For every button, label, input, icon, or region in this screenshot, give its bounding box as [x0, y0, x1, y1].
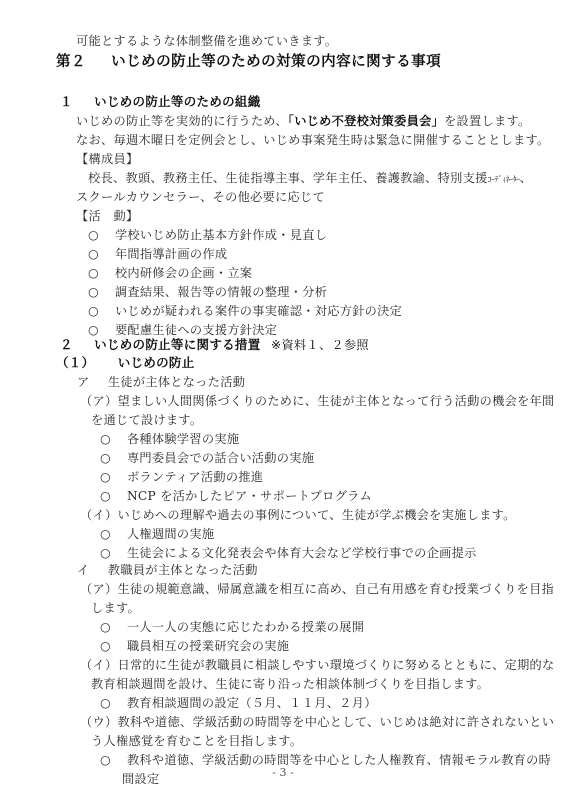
a-p1-text: 望ましい人間関係づくりのために、生徒が主体となって行う活動の機会を年間	[117, 394, 554, 408]
page-number: - 3 -	[0, 766, 566, 779]
activity-text: 要配慮生徒への支援方針決定	[115, 323, 277, 337]
a-p1-item: ○専門委員会での話合い活動の実施	[100, 450, 314, 466]
item-text: 人権週間の実施	[127, 527, 214, 541]
item-b-label: イ	[77, 563, 90, 577]
bullet-circle-icon: ○	[100, 546, 111, 560]
activity-item: ○要配慮生徒への支援方針決定	[88, 322, 277, 338]
item-text: ボランティア活動の推進	[127, 470, 263, 484]
activity-item: ○学校いじめ防止基本方針作成・見直し	[88, 227, 327, 243]
b-p1-line2: します。	[91, 600, 140, 616]
chapter-heading: 第２ いじめの防止等のための対策の内容に関する事項	[56, 54, 441, 70]
section2-number: ２	[60, 337, 73, 352]
b-p1-line1: （ア）生徒の規範意識、帰属意識を相互に高め、自己有用感を育む授業づくりを目指	[80, 581, 554, 597]
bullet-circle-icon: ○	[100, 753, 111, 767]
subsection-number: （１）	[56, 355, 94, 370]
activity-text: いじめが疑われる案件の事実確認・対応方針の決定	[115, 304, 402, 318]
section1-heading: １ いじめの防止等のための組織	[60, 94, 261, 110]
chapter-number: 第２	[56, 54, 86, 70]
item-b-heading: イ 教職員が主体となった活動	[77, 562, 258, 578]
section2-heading: ２ いじめの防止等に関する措置	[60, 337, 261, 353]
bullet-circle-icon: ○	[100, 620, 111, 634]
activity-item: ○校内研修会の企画・立案	[88, 265, 252, 281]
section2-reference: ※資料１、２参照	[271, 337, 369, 353]
a-p1-line2: を通じて設けます。	[91, 412, 202, 428]
bullet-circle-icon: ○	[88, 228, 99, 242]
b-p2-item: ○教育相談週間の設定（５月、１１月、２月）	[100, 695, 377, 711]
section1-para1: いじめの防止等を実効的に行うため、「いじめ不登校対策委員会」を設置します。	[76, 113, 531, 129]
item-text: 一人一人の実態に応じたわかる授業の展開	[127, 620, 364, 634]
activity-text: 年間指導計画の作成	[115, 247, 227, 261]
para1-text-end: を設置します。	[444, 114, 530, 128]
item-text: NCP を活かしたピア・サポートプログラム	[127, 489, 372, 503]
item-text: 専門委員会での話合い活動の実施	[127, 451, 314, 465]
activity-item: ○いじめが疑われる案件の事実確認・対応方針の決定	[88, 303, 402, 319]
section1-title: いじめの防止等のための組織	[94, 94, 260, 109]
item-text: 教科や道徳、学級活動の時間等を中心とした人権教育、情報モラル教育の時	[127, 753, 551, 767]
members-line2: スクールカウンセラー、その他必要に応じて	[76, 189, 325, 205]
bullet-circle-icon: ○	[88, 285, 99, 299]
coordinator-text: ｺｰﾃﾞｨﾈｰﾀｰ	[488, 175, 520, 184]
subsection-title: いじめの防止	[118, 355, 195, 370]
members-label: 【構成員】	[76, 151, 138, 167]
a-p1-label: （ア）	[80, 394, 117, 408]
b-p3-line1: （ウ）教科や道徳、学級活動の時間等を中心として、いじめは絶対に許されないとい	[80, 714, 554, 730]
b-p2-line1: （イ）日常的に生徒が教職員に相談しやすい環境づくりに努めるとともに、定期的な	[80, 657, 555, 673]
b-p3-line2: う人権感覚を育むことを目指します。	[91, 733, 302, 749]
b-p2-text: 日常的に生徒が教職員に相談しやすい環境づくりに努めるとともに、定期的な	[117, 658, 554, 672]
bullet-circle-icon: ○	[100, 696, 111, 710]
b-p1-item: ○職員相互の授業研究会の実施	[100, 638, 289, 654]
chapter-title: いじめの防止等のための対策の内容に関する事項	[111, 54, 441, 70]
b-p3-text: 教科や道徳、学級活動の時間等を中心として、いじめは絶対に許されないとい	[117, 715, 554, 729]
a-p1-line1: （ア）望ましい人間関係づくりのために、生徒が主体となって行う活動の機会を年間	[80, 393, 555, 409]
a-p2-text: いじめへの理解や過去の事例について、生徒が学ぶ機会を実施します。	[117, 508, 515, 522]
b-p3-label: （ウ）	[80, 715, 117, 729]
bullet-circle-icon: ○	[88, 266, 99, 280]
a-p2-label: （イ）	[80, 508, 117, 522]
a-p1-item: ○各種体験学習の実施	[100, 431, 239, 447]
item-a-label: ア	[77, 375, 90, 389]
bullet-circle-icon: ○	[100, 527, 111, 541]
a-p2-line1: （イ）いじめへの理解や過去の事例について、生徒が学ぶ機会を実施します。	[80, 507, 516, 523]
item-text: 生徒会による文化発表会や体育大会など学校行事での企画提示	[127, 546, 477, 560]
activity-item: ○調査結果、報告等の情報の整理・分析	[88, 284, 327, 300]
a-p1-item: ○NCP を活かしたピア・サポートプログラム	[100, 488, 372, 504]
activity-text: 調査結果、報告等の情報の整理・分析	[115, 285, 327, 299]
section2-title: いじめの防止等に関する措置	[94, 337, 260, 352]
para1-text: いじめの防止等を実効的に行うため、	[76, 114, 288, 128]
activity-text: 校内研修会の企画・立案	[115, 266, 252, 280]
section1-para2: なお、毎週木曜日を定例会とし、いじめ事案発生時は緊急に開催することとします。	[76, 132, 550, 148]
section1-number: １	[60, 94, 73, 109]
b-p2-label: （イ）	[80, 658, 117, 672]
b-p2-line2: 教育相談週間を設け、生徒に寄り沿った相談体制づくりを目指します。	[91, 676, 489, 692]
bullet-circle-icon: ○	[88, 304, 99, 318]
item-text: 教育相談週間の設定（５月、１１月、２月）	[127, 696, 377, 710]
activity-text: 学校いじめ防止基本方針作成・見直し	[115, 228, 327, 242]
bullet-circle-icon: ○	[100, 639, 111, 653]
activities-label: 【活 動】	[76, 208, 138, 224]
bullet-circle-icon: ○	[100, 432, 111, 446]
members-text: 校長、教頭、教務主任、生徒指導主事、学年主任、養護教諭、特別支援	[88, 171, 488, 185]
intro-line: 可能とするような体制整備を進めていきます。	[76, 33, 337, 49]
item-a-title: 生徒が主体となった活動	[108, 375, 245, 389]
subsection-heading: （１） いじめの防止	[56, 355, 195, 371]
members-line1: 校長、教頭、教務主任、生徒指導主事、学年主任、養護教諭、特別支援ｺｰﾃﾞｨﾈｰﾀ…	[88, 170, 532, 188]
item-text: 職員相互の授業研究会の実施	[127, 639, 289, 653]
bullet-circle-icon: ○	[88, 247, 99, 261]
item-b-title: 教職員が主体となった活動	[108, 563, 258, 577]
a-p2-item: ○生徒会による文化発表会や体育大会など学校行事での企画提示	[100, 545, 477, 561]
activity-item: ○年間指導計画の作成	[88, 246, 227, 262]
item-text: 各種体験学習の実施	[127, 432, 239, 446]
bullet-circle-icon: ○	[100, 489, 111, 503]
bullet-circle-icon: ○	[100, 451, 111, 465]
members-comma: 、	[520, 171, 533, 185]
item-a-heading: ア 生徒が主体となった活動	[77, 374, 245, 390]
a-p1-item: ○ボランティア活動の推進	[100, 469, 263, 485]
b-p1-label: （ア）	[80, 582, 117, 596]
bullet-circle-icon: ○	[88, 323, 99, 337]
bullet-circle-icon: ○	[100, 470, 111, 484]
committee-name: 「いじめ不登校対策委員会」	[288, 114, 444, 128]
b-p1-text: 生徒の規範意識、帰属意識を相互に高め、自己有用感を育む授業づくりを目指	[117, 582, 554, 596]
a-p2-item: ○人権週間の実施	[100, 526, 214, 542]
b-p1-item: ○一人一人の実態に応じたわかる授業の展開	[100, 619, 364, 635]
